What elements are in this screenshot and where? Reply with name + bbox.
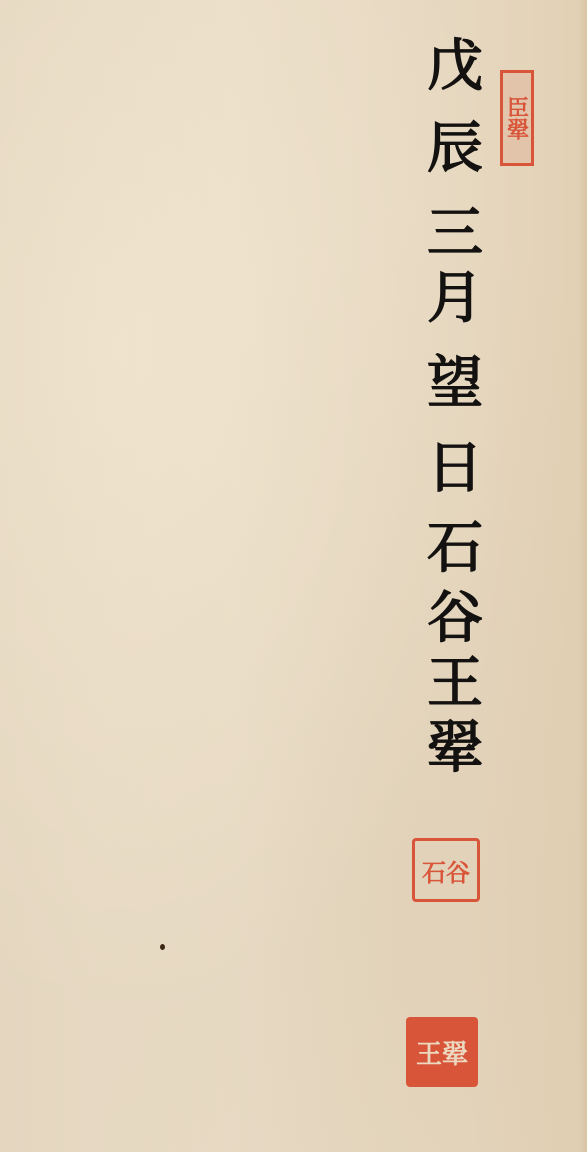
inscription-char: 石 xyxy=(420,520,490,576)
scroll-edge xyxy=(579,0,587,1152)
paper-scroll: 戊 辰 三 月 望 日 石 谷 王 翚 臣翚 石谷 王翚 xyxy=(0,0,587,1152)
inscription-char: 三 xyxy=(420,205,490,261)
seal-top: 臣翚 xyxy=(500,70,534,166)
inscription-char: 王 xyxy=(420,655,490,711)
seal-bottom: 王翚 xyxy=(406,1017,478,1087)
inscription-char: 日 xyxy=(420,440,490,496)
inscription-char: 望 xyxy=(420,355,490,411)
inscription-char: 谷 xyxy=(420,590,490,646)
paper-spot xyxy=(160,944,165,950)
inscription-char: 戊 xyxy=(420,38,490,94)
inscription-char: 月 xyxy=(420,270,490,326)
inscription-char: 翚 xyxy=(420,720,490,776)
seal-middle: 石谷 xyxy=(412,838,480,902)
inscription-char: 辰 xyxy=(420,120,490,176)
